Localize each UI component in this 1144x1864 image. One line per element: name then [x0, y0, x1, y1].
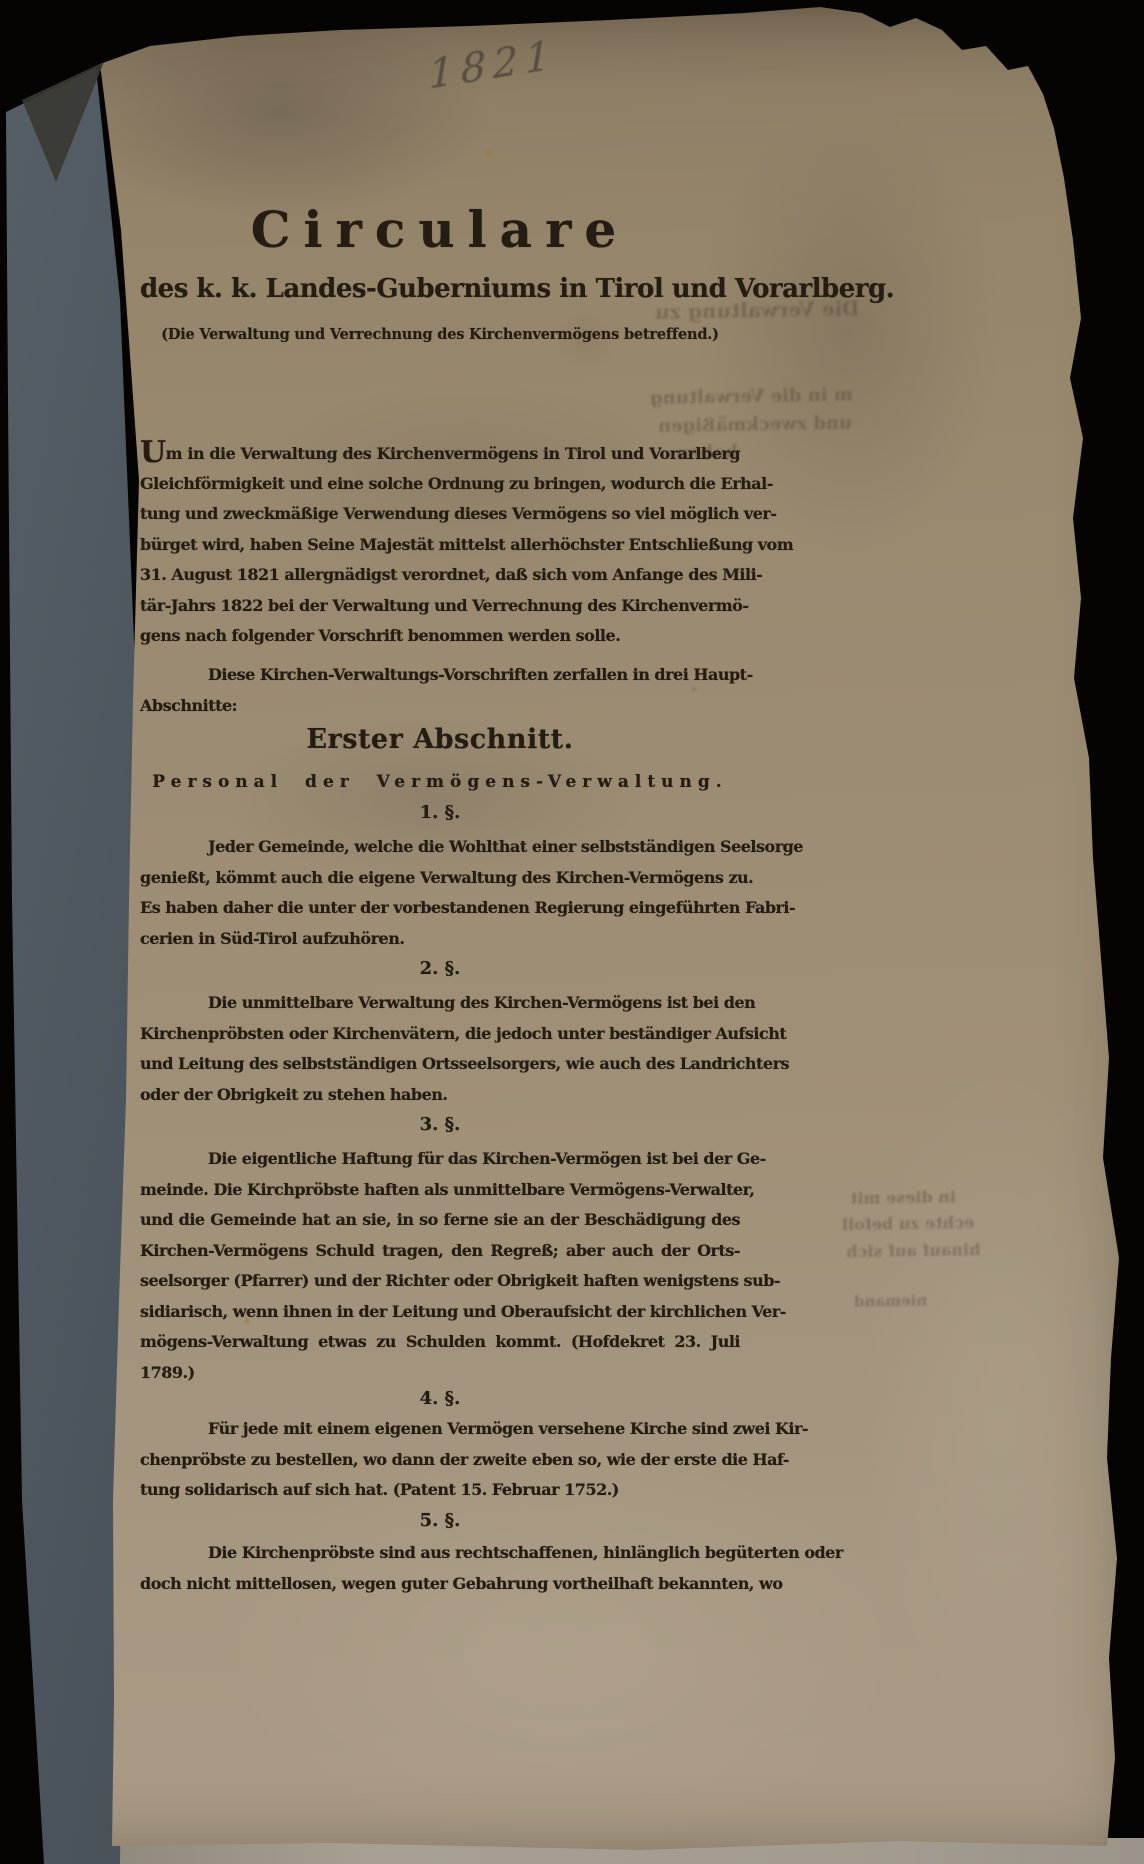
paragraph-body: Die Kirchenpröbste sind aus rechtschaffe…: [140, 1538, 740, 1599]
text-line: Die eigentliche Haftung für das Kirchen-…: [140, 1144, 740, 1175]
text-line: bürget wird, haben Seine Majestät mittel…: [140, 530, 740, 561]
intro-paragraph: Um in die Verwaltung des Kirchenvermögen…: [140, 438, 740, 652]
paragraph-number: 5. §.: [140, 1510, 740, 1531]
closing-paragraph: Diese Kirchen-Verwaltungs-Vorschriften z…: [140, 660, 740, 721]
intro-lines: Gleichförmigkeit und eine solche Ordnung…: [140, 469, 740, 652]
text-line: Jeder Gemeinde, welche die Wohlthat eine…: [140, 832, 740, 863]
section-subheading: Personal der Vermögens-Verwaltung.: [140, 772, 740, 792]
text-line: doch nicht mittellosen, wegen guter Geba…: [140, 1569, 740, 1600]
text-line-rest: m in die Verwaltung des Kirchenvermögens…: [166, 444, 740, 463]
text-line: genießt, kömmt auch die eigene Verwaltun…: [140, 863, 740, 894]
text-line: 31. August 1821 allergnädigst verordnet,…: [140, 560, 740, 591]
bleed-through-text: in diese mit: [850, 1187, 956, 1208]
text-line: seelsorger (Pfarrer) und der Richter ode…: [140, 1266, 740, 1297]
text-line: und Leitung des selbstständigen Ortsseel…: [140, 1049, 740, 1080]
text-line: mögens-Verwaltung etwas zu Schulden komm…: [140, 1327, 740, 1358]
text-line: Es haben daher die unter der vorbestande…: [140, 893, 740, 924]
text-line: oder der Obrigkeit zu stehen haben.: [140, 1080, 740, 1111]
text-line: tung und zweckmäßige Verwendung dieses V…: [140, 499, 740, 530]
scanned-document: Die Verwaltung zu m in die Verwaltung un…: [0, 0, 1144, 1864]
bleed-through-text: echte zu befoll: [842, 1213, 974, 1234]
section-heading: Erster Abschnitt.: [140, 724, 740, 755]
paragraph-body: Jeder Gemeinde, welche die Wohlthat eine…: [140, 832, 740, 954]
text-line: Um in die Verwaltung des Kirchenvermögen…: [140, 438, 740, 469]
document-title: Circulare: [140, 200, 740, 259]
text-line: sidiarisch, wenn ihnen in der Leitung un…: [140, 1297, 740, 1328]
text-line: Gleichförmigkeit und eine solche Ordnung…: [140, 469, 740, 500]
text-line: tär-Jahrs 1822 bei der Verwaltung und Ve…: [140, 591, 740, 622]
paragraph-body: Für jede mit einem eigenen Vermögen vers…: [140, 1414, 740, 1506]
paragraph-body: Die eigentliche Haftung für das Kirchen-…: [140, 1144, 740, 1388]
text-line: 1789.): [140, 1358, 740, 1389]
text-line: Diese Kirchen-Verwaltungs-Vorschriften z…: [140, 660, 740, 691]
text-line: gens nach folgender Vorschrift benommen …: [140, 621, 740, 652]
text-line: Kirchenpröbsten oder Kirchenvätern, die …: [140, 1019, 740, 1050]
bleed-through-text: hinauf auf sich: [846, 1240, 981, 1261]
paper-sheet: Die Verwaltung zu m in die Verwaltung un…: [0, 0, 1144, 1864]
paragraph-body: Die unmittelbare Verwaltung des Kirchen-…: [140, 988, 740, 1110]
paragraph-number: 1. §.: [140, 802, 740, 823]
text-line: und die Gemeinde hat an sie, in so ferne…: [140, 1205, 740, 1236]
bleed-through-text: m in die Verwaltung: [650, 384, 853, 409]
document-subtitle: des k. k. Landes-Guberniums in Tirol und…: [140, 274, 740, 304]
text-line: cerien in Süd-Tirol aufzuhören.: [140, 924, 740, 955]
text-line: Die unmittelbare Verwaltung des Kirchen-…: [140, 988, 740, 1019]
subject-line: (Die Verwaltung und Verrechnung des Kirc…: [140, 326, 740, 343]
text-line: tung solidarisch auf sich hat. (Patent 1…: [140, 1475, 740, 1506]
paragraph-number: 3. §.: [140, 1114, 740, 1135]
paragraph-number: 2. §.: [140, 958, 740, 979]
text-line: Abschnitte:: [140, 691, 740, 722]
paragraph-number: 4. §.: [140, 1388, 740, 1409]
bleed-through-text: niemand: [854, 1291, 927, 1310]
bleed-through-text: und zweckmäßigen: [658, 412, 852, 436]
text-line: Kirchen-Vermögens Schuld tragen, den Reg…: [140, 1236, 740, 1267]
text-line: chenpröbste zu bestellen, wo dann der zw…: [140, 1445, 740, 1476]
text-line: Für jede mit einem eigenen Vermögen vers…: [140, 1414, 740, 1445]
text-line: meinde. Die Kirchpröbste haften als unmi…: [140, 1175, 740, 1206]
drop-cap: U: [140, 435, 166, 470]
text-line: Die Kirchenpröbste sind aus rechtschaffe…: [140, 1538, 740, 1569]
